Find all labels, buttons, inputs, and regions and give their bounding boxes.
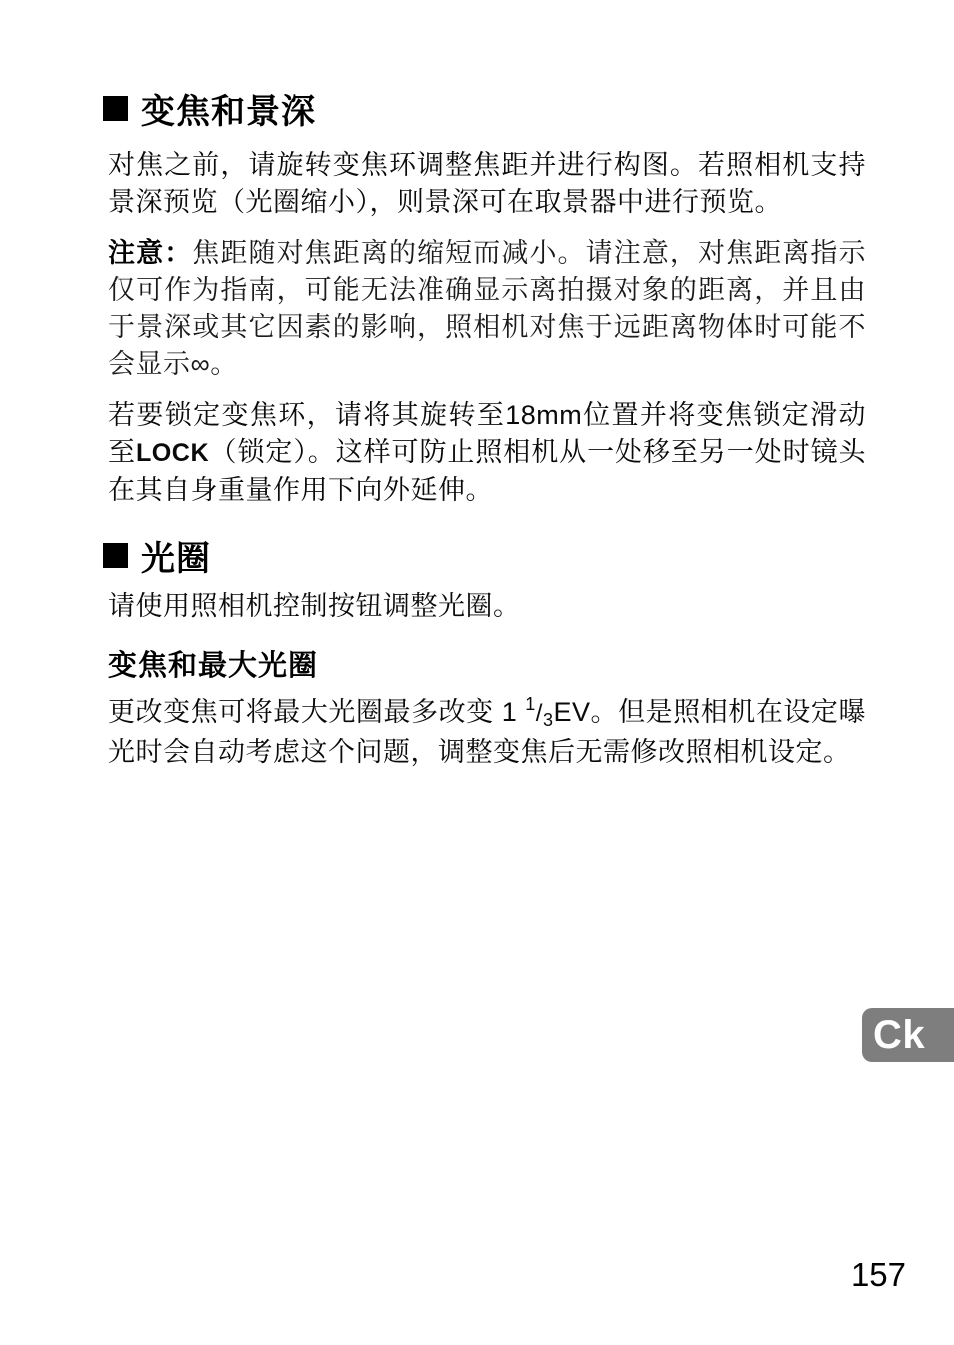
lock-label: LOCK: [136, 439, 209, 467]
manual-page: { "page": { "number": "157", "language_t…: [0, 0, 954, 1345]
section-title: 光圈: [141, 531, 211, 580]
paragraph-zoom-intro: 对焦之前，请旋转变焦环调整焦距并进行构图。若照相机支持景深预览（光圈缩小），则景…: [108, 147, 866, 221]
section-square-icon: [103, 96, 128, 121]
section-heading-zoom-dof: 变焦和景深: [108, 84, 866, 133]
page-number: 157: [851, 1256, 906, 1294]
note-label: 注意：: [108, 238, 192, 268]
paragraph-aperture-body: 请使用照相机控制按钮调整光圈。: [108, 588, 866, 625]
section-title: 变焦和景深: [141, 84, 316, 133]
lock-text-after: （锁定）。这样可防止照相机从一处移至另一处时镜头在其自身重量作用下向外延伸。: [108, 437, 866, 505]
section-heading-aperture: 光圈: [108, 531, 866, 580]
fraction-numerator: 1: [525, 694, 536, 714]
sub-heading-zoom-max-aperture: 变焦和最大光圈: [108, 643, 866, 684]
note-body: 焦距随对焦距离的缩短而减小。请注意，对焦距离指示仅可作为指南，可能无法准确显示离…: [108, 238, 866, 379]
ev-text-before: 更改变焦可将最大光圈最多改变 1: [108, 697, 525, 727]
paragraph-note: 注意：焦距随对焦距离的缩短而减小。请注意，对焦距离指示仅可作为指南，可能无法准确…: [108, 235, 866, 383]
section-square-icon: [103, 543, 128, 568]
fraction-denominator: 3: [543, 710, 554, 730]
page-content: 变焦和景深 对焦之前，请旋转变焦环调整焦距并进行构图。若照相机支持景深预览（光圈…: [108, 84, 866, 785]
paragraph-zoom-lock: 若要锁定变焦环，请将其旋转至18mm位置并将变焦锁定滑动至LOCK（锁定）。这样…: [108, 397, 866, 509]
paragraph-ev: 更改变焦可将最大光圈最多改变 1 1/3EV。但是照相机在设定曝光时会自动考虑这…: [108, 694, 866, 771]
language-tab-ck: Ck: [862, 1008, 954, 1062]
fraction-slash: /: [536, 700, 543, 727]
